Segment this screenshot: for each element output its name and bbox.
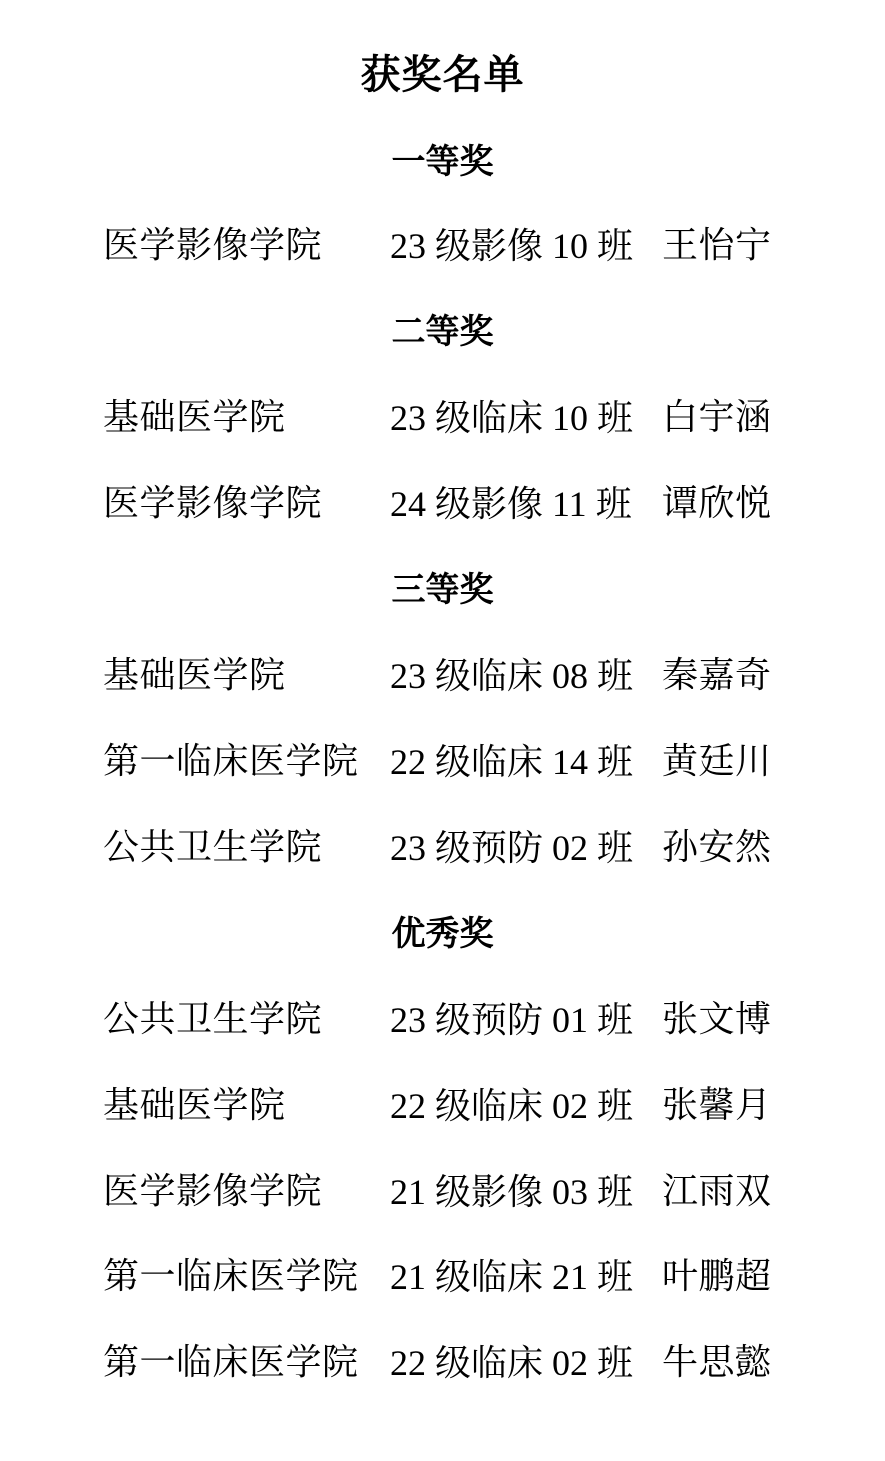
student-name: 张馨月: [662, 1083, 772, 1129]
college: 医学影像学院: [103, 1169, 322, 1215]
class: 23 级预防 02 班: [390, 825, 633, 872]
student-name: 江雨双: [662, 1169, 772, 1215]
student-name: 张文博: [662, 997, 772, 1043]
student-name: 孙安然: [662, 825, 772, 871]
college: 第一临床医学院: [103, 1340, 359, 1386]
student-name: 黄廷川: [662, 739, 772, 785]
student-name: 秦嘉奇: [662, 653, 772, 699]
section-heading-third-prize: 三等奖: [0, 568, 885, 612]
class: 23 级临床 10 班: [390, 395, 633, 442]
class: 23 级影像 10 班: [390, 223, 633, 270]
class: 22 级临床 02 班: [390, 1340, 633, 1387]
class: 24 级影像 11 班: [390, 481, 632, 528]
class: 21 级临床 21 班: [390, 1254, 633, 1301]
class: 21 级影像 03 班: [390, 1169, 633, 1216]
list-item: 基础医学院 22 级临床 02 班 张馨月: [0, 1083, 885, 1129]
list-item: 公共卫生学院 23 级预防 01 班 张文博: [0, 997, 885, 1043]
list-item: 医学影像学院 24 级影像 11 班 谭欣悦: [0, 481, 885, 527]
section-heading-excellence-prize: 优秀奖: [0, 912, 885, 956]
college: 基础医学院: [103, 653, 286, 699]
page-title: 获奖名单: [0, 50, 885, 100]
college: 公共卫生学院: [103, 825, 322, 871]
student-name: 王怡宁: [662, 223, 772, 269]
college: 第一临床医学院: [103, 1254, 359, 1300]
list-item: 医学影像学院 23 级影像 10 班 王怡宁: [0, 223, 885, 269]
college: 医学影像学院: [103, 223, 322, 269]
list-item: 公共卫生学院 23 级预防 02 班 孙安然: [0, 825, 885, 871]
list-item: 第一临床医学院 21 级临床 21 班 叶鹏超: [0, 1254, 885, 1300]
student-name: 谭欣悦: [662, 481, 772, 527]
class: 22 级临床 02 班: [390, 1083, 633, 1130]
college: 医学影像学院: [103, 481, 322, 527]
college: 基础医学院: [103, 1083, 286, 1129]
college: 基础医学院: [103, 395, 286, 441]
class: 22 级临床 14 班: [390, 739, 633, 786]
list-item: 基础医学院 23 级临床 08 班 秦嘉奇: [0, 653, 885, 699]
student-name: 叶鹏超: [662, 1254, 772, 1300]
section-heading-first-prize: 一等奖: [0, 140, 885, 184]
list-item: 第一临床医学院 22 级临床 14 班 黄廷川: [0, 739, 885, 785]
list-item: 第一临床医学院 22 级临床 02 班 牛思懿: [0, 1340, 885, 1386]
list-item: 医学影像学院 21 级影像 03 班 江雨双: [0, 1169, 885, 1215]
student-name: 牛思懿: [662, 1340, 772, 1386]
class: 23 级临床 08 班: [390, 653, 633, 700]
college: 第一临床医学院: [103, 739, 359, 785]
class: 23 级预防 01 班: [390, 997, 633, 1044]
section-heading-second-prize: 二等奖: [0, 310, 885, 354]
student-name: 白宇涵: [662, 395, 772, 441]
list-item: 基础医学院 23 级临床 10 班 白宇涵: [0, 395, 885, 441]
college: 公共卫生学院: [103, 997, 322, 1043]
